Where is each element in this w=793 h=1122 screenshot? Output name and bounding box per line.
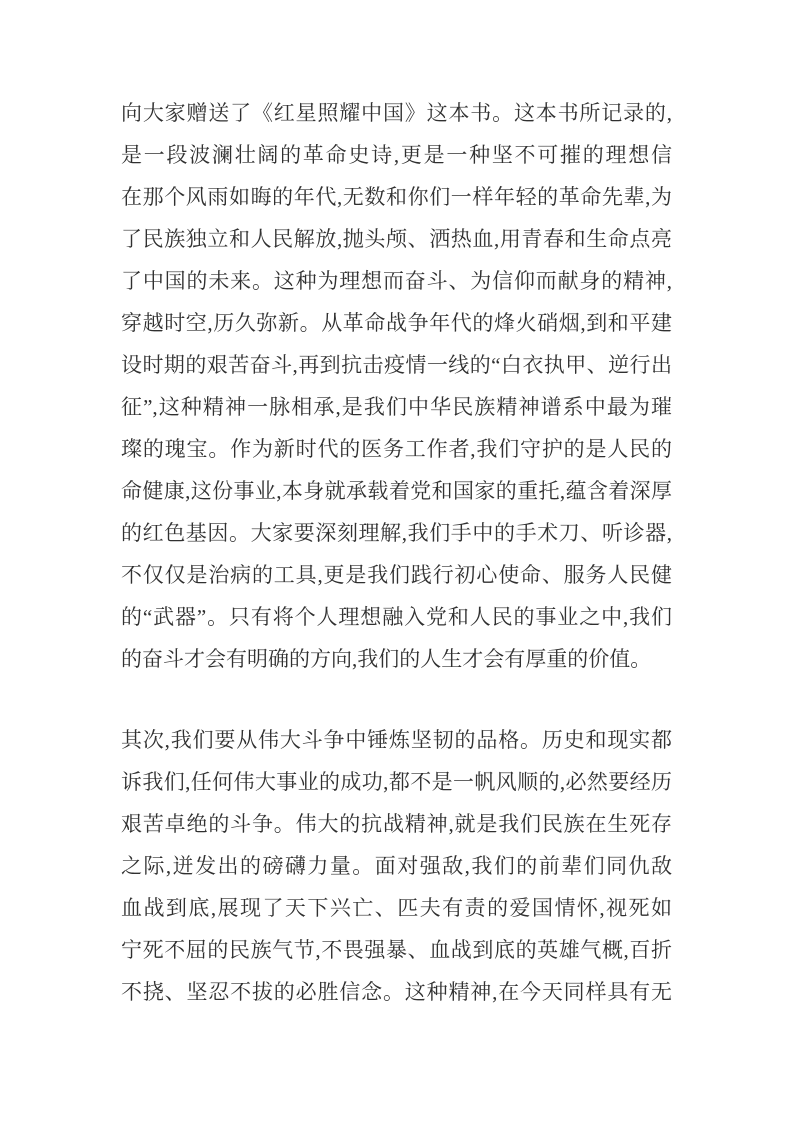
text-line: 向大家赠送了《红星照耀中国》这本书。这本书所记录的,	[121, 92, 672, 134]
paragraph-2: 其次,我们要从伟大斗争中锤炼坚韧的品格。历史和现实都告诉我们,任何伟大事业的成功…	[121, 719, 672, 1013]
text-line: 征”,这种精神一脉相承,是我们中华民族精神谱系中最为璀	[121, 386, 672, 428]
text-line: 设时期的艰苦奋斗,再到抗击疫情一线的“白衣执甲、逆行出	[121, 344, 672, 386]
text-line: 的“武器”。只有将个人理想融入党和人民的事业之中,我们	[121, 596, 672, 638]
text-line: 穿越时空,历久弥新。从革命战争年代的烽火硝烟,到和平建	[121, 302, 672, 344]
text-line: 璨的瑰宝。作为新时代的医务工作者,我们守护的是人民的生	[121, 428, 672, 470]
text-line: 其次,我们要从伟大斗争中锤炼坚韧的品格。历史和现实都告	[121, 719, 672, 761]
text-line: 了民族独立和人民解放,抛头颅、洒热血,用青春和生命点亮	[121, 218, 672, 260]
text-line: 的红色基因。大家要深刻理解,我们手中的手术刀、听诊器,	[121, 512, 672, 554]
paragraph-1: 向大家赠送了《红星照耀中国》这本书。这本书所记录的,是一段波澜壮阔的革命史诗,更…	[121, 92, 672, 680]
text-line: 诉我们,任何伟大事业的成功,都不是一帆风顺的,必然要经历	[121, 761, 672, 803]
text-line: 艰苦卓绝的斗争。伟大的抗战精神,就是我们民族在生死存亡	[121, 803, 672, 845]
text-line: 是一段波澜壮阔的革命史诗,更是一种坚不可摧的理想信念。	[121, 134, 672, 176]
text-line: 之际,迸发出的磅礴力量。面对强敌,我们的前辈们同仇敌忾、	[121, 845, 672, 887]
text-line: 不仅仅是治病的工具,更是我们践行初心使命、服务人民健康	[121, 554, 672, 596]
text-line: 宁死不屈的民族气节,不畏强暴、血战到底的英雄气概,百折	[121, 929, 672, 971]
text-line: 了中国的未来。这种为理想而奋斗、为信仰而献身的精神,	[121, 260, 672, 302]
text-line: 命健康,这份事业,本身就承载着党和国家的重托,蕴含着深厚	[121, 470, 672, 512]
text-line: 不挠、坚忍不拔的必胜信念。这种精神,在今天同样具有无比	[121, 971, 672, 1013]
text-line: 在那个风雨如晦的年代,无数和你们一样年轻的革命先辈,为	[121, 176, 672, 218]
document-body: 向大家赠送了《红星照耀中国》这本书。这本书所记录的,是一段波澜壮阔的革命史诗,更…	[121, 92, 672, 1013]
document-page: 向大家赠送了《红星照耀中国》这本书。这本书所记录的,是一段波澜壮阔的革命史诗,更…	[0, 0, 793, 1122]
text-line: 的奋斗才会有明确的方向,我们的人生才会有厚重的价值。	[121, 638, 672, 680]
text-line: 血战到底,展现了天下兴亡、匹夫有责的爱国情怀,视死如归、	[121, 887, 672, 929]
